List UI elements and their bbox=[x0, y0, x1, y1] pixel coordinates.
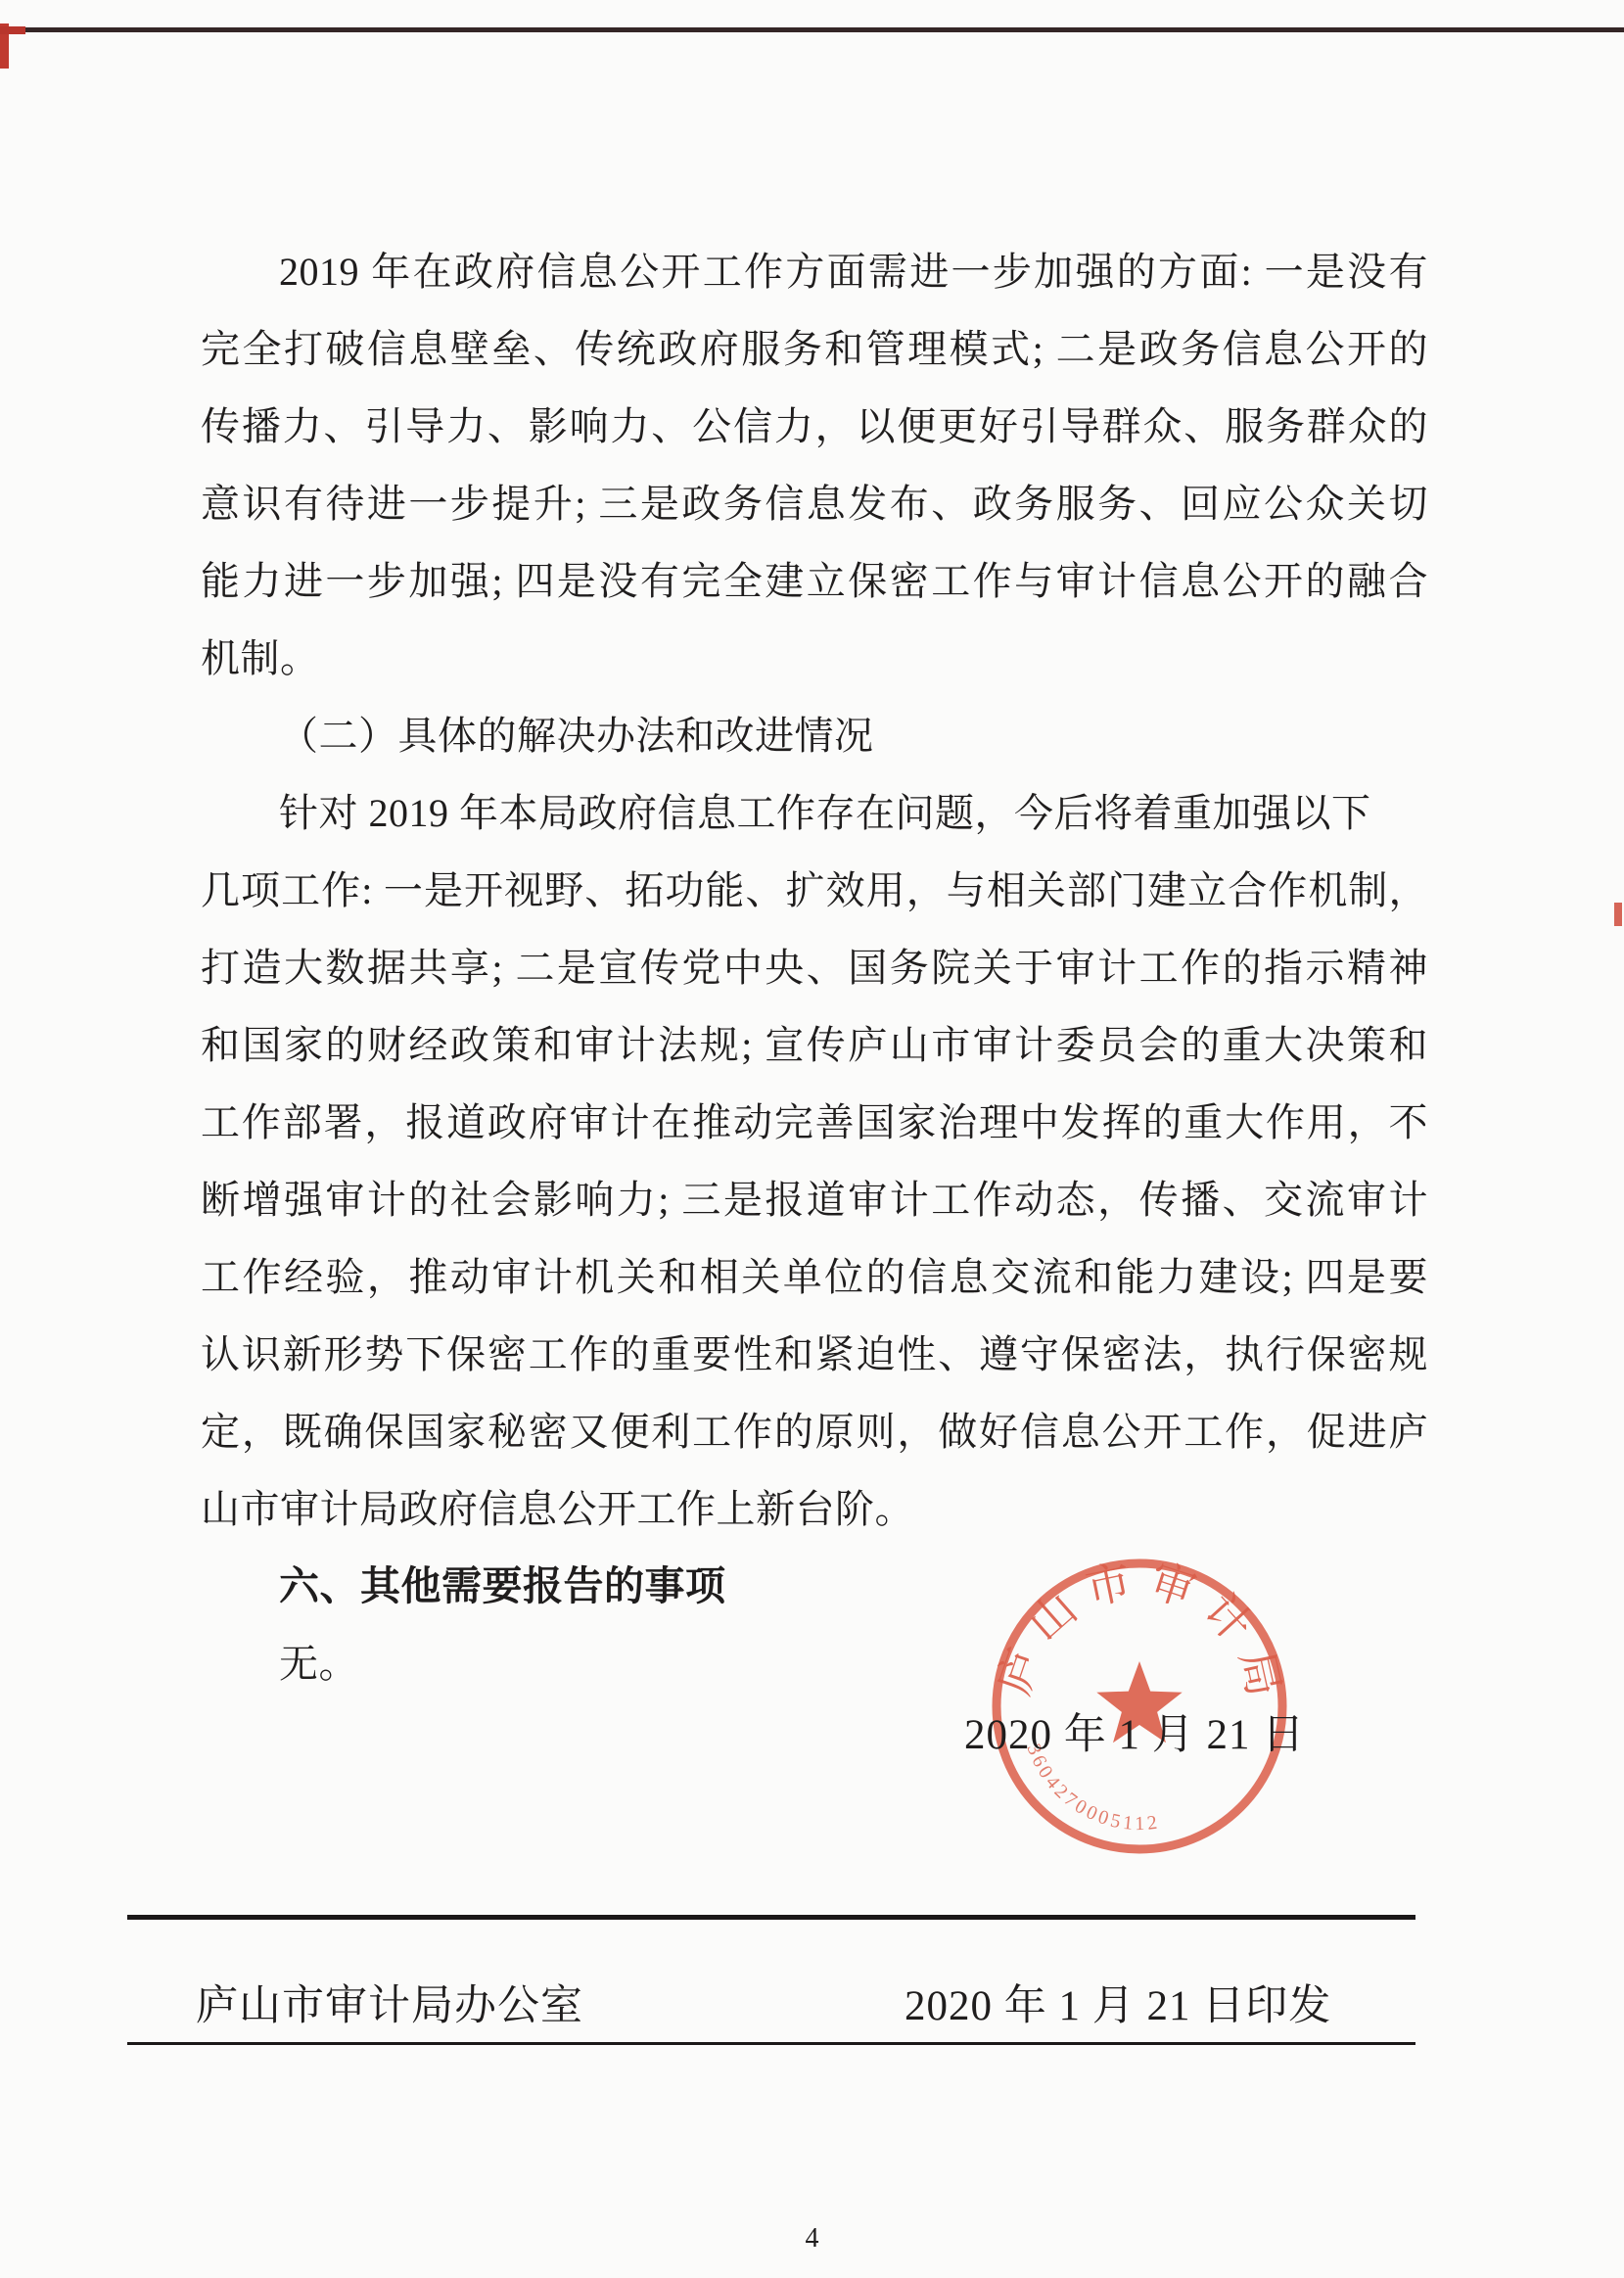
body-line: 机制。 bbox=[201, 620, 1428, 697]
footer-top-rule bbox=[127, 1915, 1415, 1920]
body-line: 2019 年在政府信息公开工作方面需进一步加强的方面: 一是没有 bbox=[201, 233, 1428, 310]
section-heading: （二）具体的解决办法和改进情况 bbox=[201, 697, 1428, 774]
footer-issuer: 庐山市审计局办公室 bbox=[196, 1979, 583, 2034]
footer-bottom-rule bbox=[127, 2042, 1415, 2045]
scanned-document-page: { "accents": { "top_line_color": "#34262… bbox=[0, 0, 1624, 2278]
body-line: 和国家的财经政策和审计法规; 宣传庐山市审计委员会的重大决策和 bbox=[201, 1006, 1428, 1084]
scan-top-line bbox=[0, 27, 1624, 32]
page-number: 4 bbox=[0, 2222, 1624, 2255]
body-line: 完全打破信息壁垒、传统政府服务和管理模式; 二是政务信息公开的 bbox=[201, 310, 1428, 388]
footer-print-date: 2020 年 1 月 21 日印发 bbox=[905, 1979, 1331, 2034]
scan-left-red-blob bbox=[0, 26, 25, 34]
body-line: 打造大数据共享; 二是宣传党中央、国务院关于审计工作的指示精神 bbox=[201, 929, 1428, 1006]
document-body: 2019 年在政府信息公开工作方面需进一步加强的方面: 一是没有 完全打破信息壁… bbox=[201, 233, 1428, 1702]
scan-right-red-mark bbox=[1614, 903, 1622, 926]
body-line: 定，既确保国家秘密又便利工作的原则，做好信息公开工作，促进庐 bbox=[201, 1393, 1428, 1470]
body-line: 山市审计局政府信息公开工作上新台阶。 bbox=[201, 1470, 1428, 1548]
body-line: 针对 2019 年本局政府信息工作存在问题，今后将着重加强以下 bbox=[201, 774, 1428, 852]
body-line: 能力进一步加强; 四是没有完全建立保密工作与审计信息公开的融合 bbox=[201, 542, 1428, 620]
body-line: 工作部署，报道政府审计在推动完善国家治理中发挥的重大作用，不 bbox=[201, 1084, 1428, 1161]
body-line: 几项工作: 一是开视野、拓功能、扩效用，与相关部门建立合作机制， bbox=[201, 852, 1428, 929]
body-line: 工作经验，推动审计机关和相关单位的信息交流和能力建设; 四是要 bbox=[201, 1238, 1428, 1316]
signature-date: 2020 年 1 月 21 日 bbox=[964, 1701, 1305, 1770]
body-line: 传播力、引导力、影响力、公信力，以便更好引导群众、服务群众的 bbox=[201, 388, 1428, 465]
body-line: 认识新形势下保密工作的重要性和紧迫性、遵守保密法，执行保密规 bbox=[201, 1316, 1428, 1393]
body-line: 断增强审计的社会影响力; 三是报道审计工作动态，传播、交流审计 bbox=[201, 1161, 1428, 1238]
body-line: 意识有待进一步提升; 三是政务信息发布、政务服务、回应公众关切 bbox=[201, 465, 1428, 542]
